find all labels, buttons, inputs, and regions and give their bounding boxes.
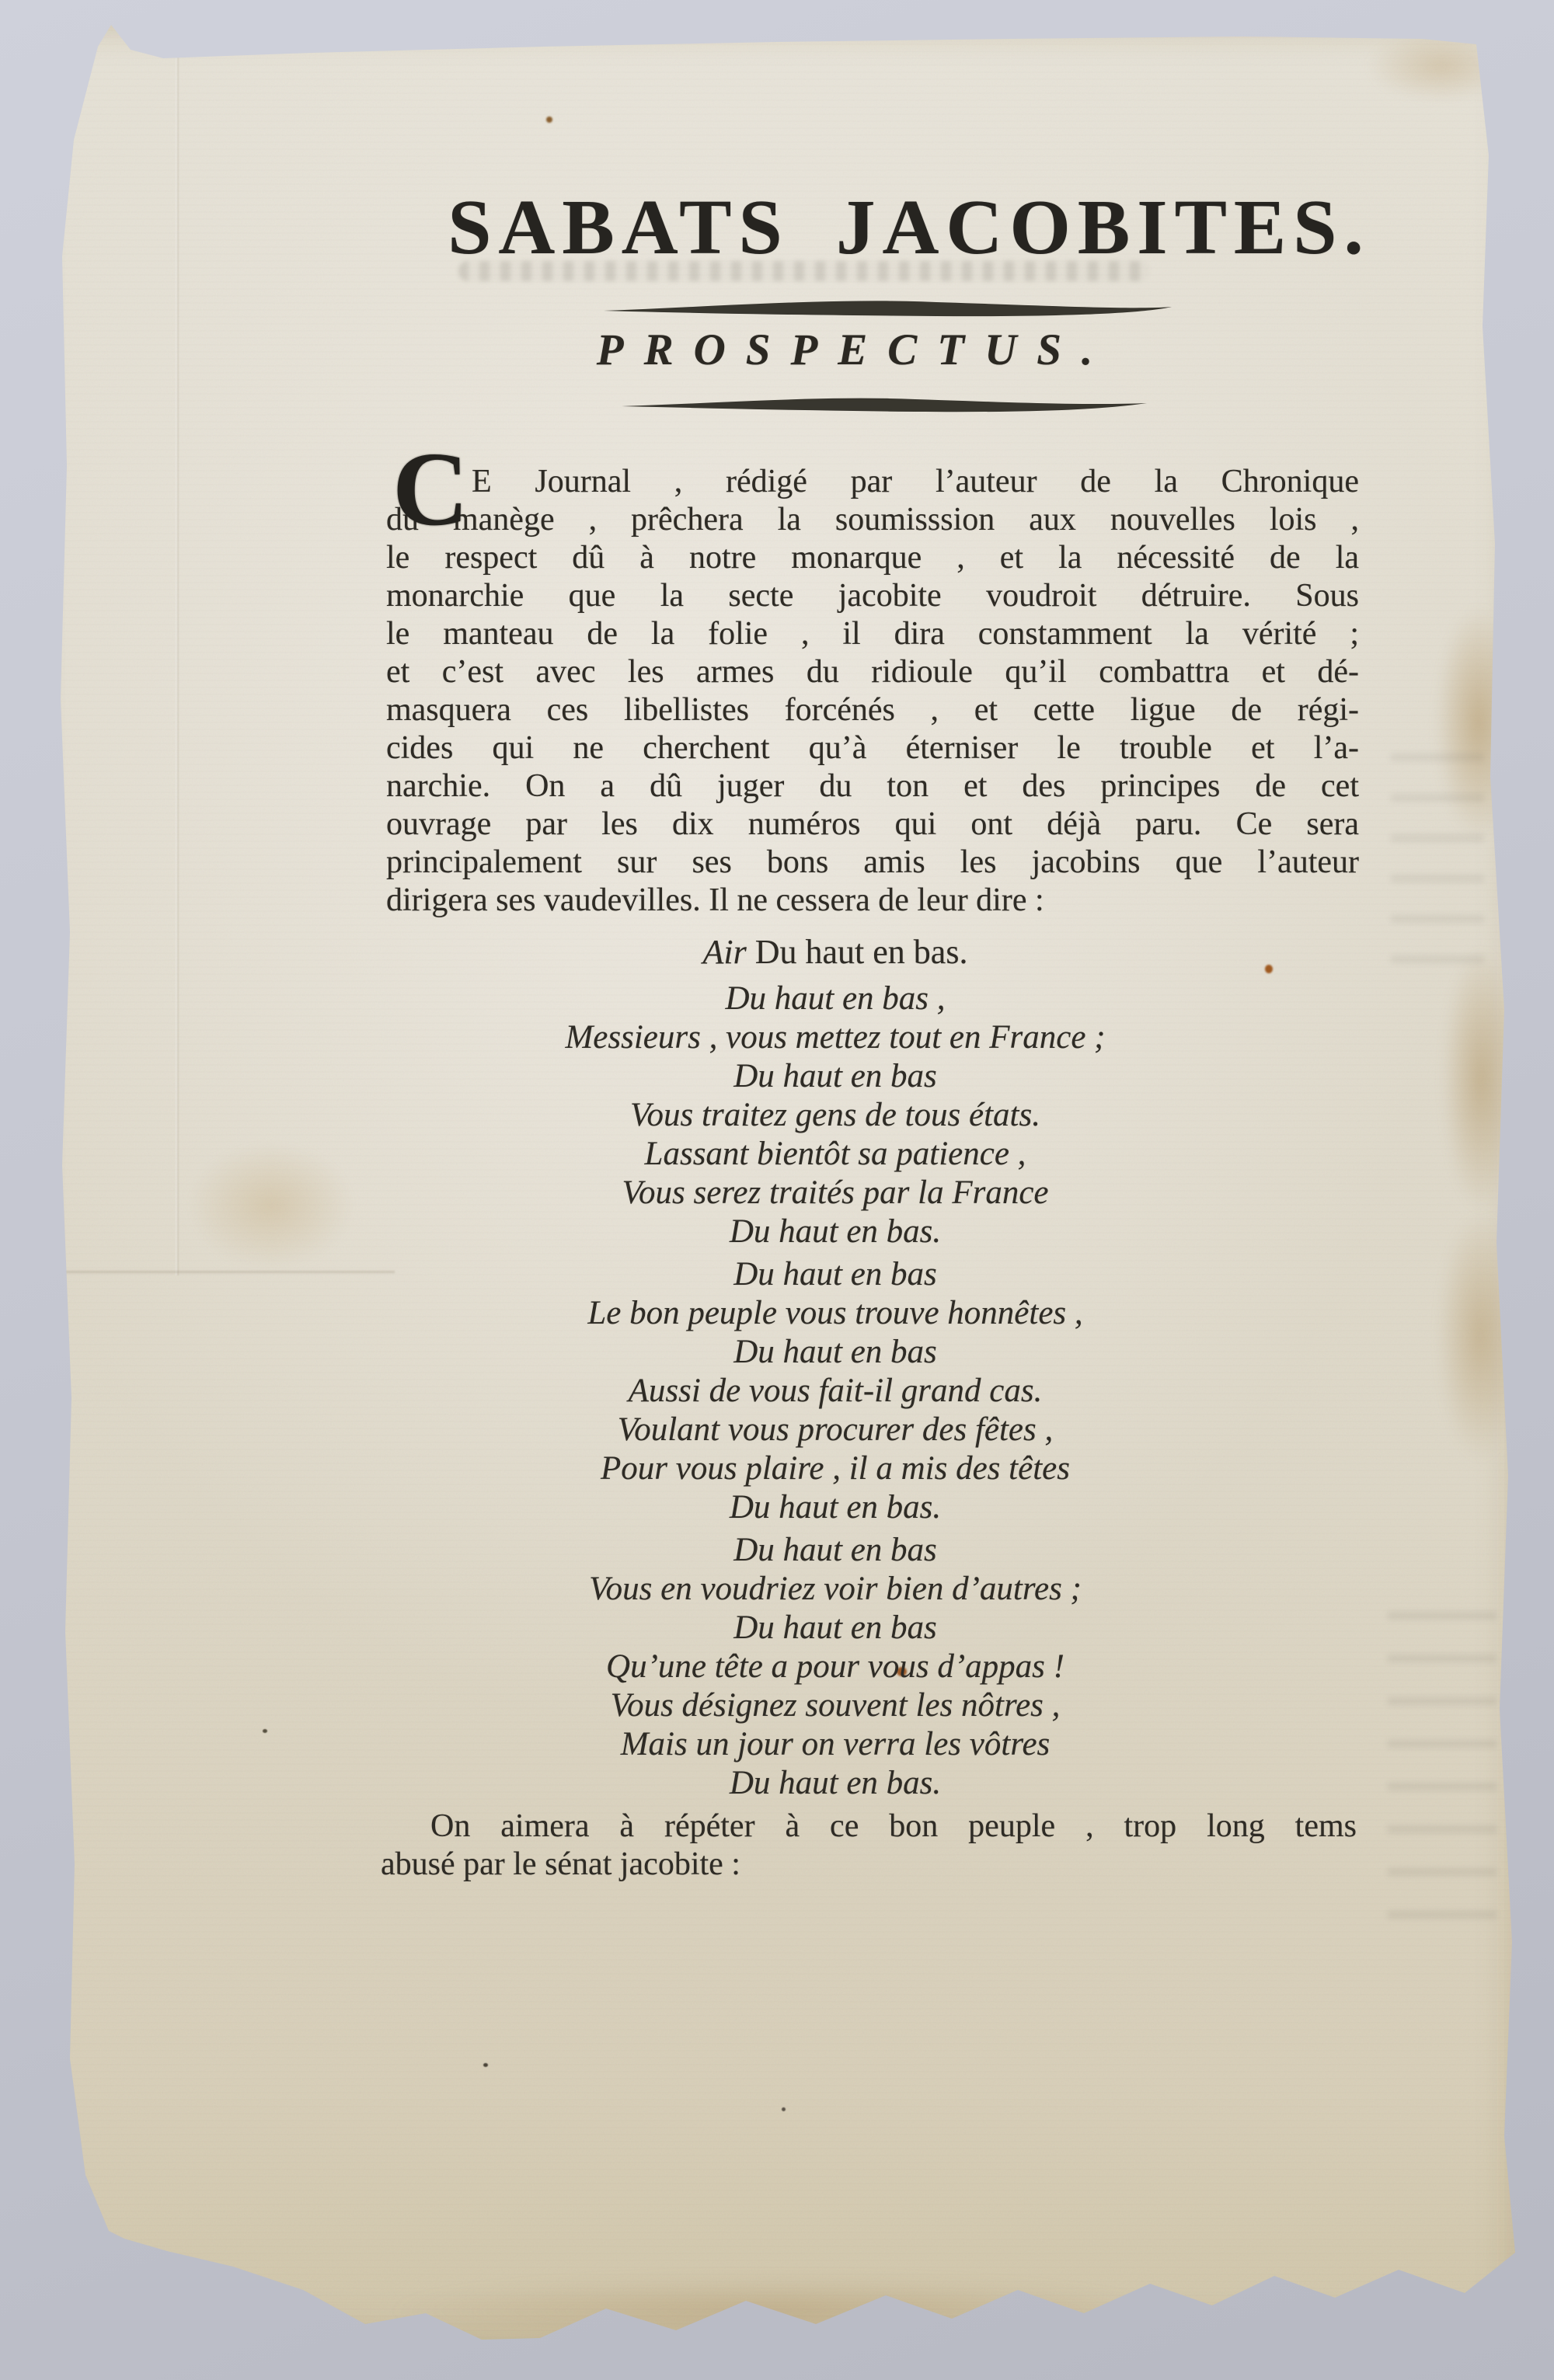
printed-content: SABATS JACOBITES. PROSPECTUS. C E Journa…	[0, 0, 1554, 2380]
air-tune-name: Du haut en bas.	[747, 933, 968, 971]
document-page: SABATS JACOBITES. PROSPECTUS. C E Journa…	[0, 0, 1554, 2380]
air-label: Air	[703, 933, 747, 971]
verse-line: Du haut en bas.	[334, 1488, 1336, 1527]
verse-line: Du haut en bas ,	[334, 979, 1336, 1018]
verse-line: Du haut en bas	[334, 1057, 1336, 1096]
verse-line: Messieurs , vous mettez tout en France ;	[334, 1018, 1336, 1057]
verse-line: Du haut en bas.	[334, 1764, 1336, 1803]
verse-line: Le bon peuple vous trouve honnêtes ,	[334, 1294, 1336, 1333]
closing-line: On aimera à répéter à ce bon peuple , tr…	[381, 1808, 1357, 1846]
verse-line: Du haut en bas	[334, 1609, 1336, 1648]
stanza-3: Du haut en bas Vous en voudriez voir bie…	[334, 1531, 1336, 1803]
air-heading: Air Du haut en bas.	[334, 932, 1336, 972]
verse-line: Qu’une tête a pour vous d’appas !	[334, 1648, 1336, 1686]
verse-line: Vous traitez gens de tous états.	[334, 1096, 1336, 1135]
verse-line: Aussi de vous fait-il grand cas.	[334, 1372, 1336, 1411]
verse-line: Lassant bientôt sa patience ,	[334, 1135, 1336, 1174]
verse-line: Vous désignez souvent les nôtres ,	[334, 1686, 1336, 1725]
verse-line: Du haut en bas	[334, 1531, 1336, 1570]
stanza-2: Du haut en bas Le bon peuple vous trouve…	[334, 1255, 1336, 1527]
verse-line: Du haut en bas	[334, 1333, 1336, 1372]
verse-line: Mais un jour on verra les vôtres	[334, 1725, 1336, 1764]
closing-paragraph: On aimera à répéter à ce bon peuple , tr…	[381, 1808, 1357, 1884]
verse-section: Air Du haut en bas. Du haut en bas , Mes…	[334, 0, 1336, 2380]
verse-line: Vous serez traités par la France	[334, 1174, 1336, 1213]
verse-line: Voulant vous procurer des fêtes ,	[334, 1411, 1336, 1449]
stanza-1: Du haut en bas , Messieurs , vous mettez…	[334, 979, 1336, 1251]
verse-line: Du haut en bas	[334, 1255, 1336, 1294]
verse-line: Vous en voudriez voir bien d’autres ;	[334, 1570, 1336, 1609]
photograph-of-pamphlet: SABATS JACOBITES. PROSPECTUS. C E Journa…	[0, 0, 1554, 2380]
verse-line: Pour vous plaire , il a mis des têtes	[334, 1449, 1336, 1488]
verse-line: Du haut en bas.	[334, 1213, 1336, 1251]
closing-line: abusé par le sénat jacobite :	[381, 1846, 1357, 1884]
